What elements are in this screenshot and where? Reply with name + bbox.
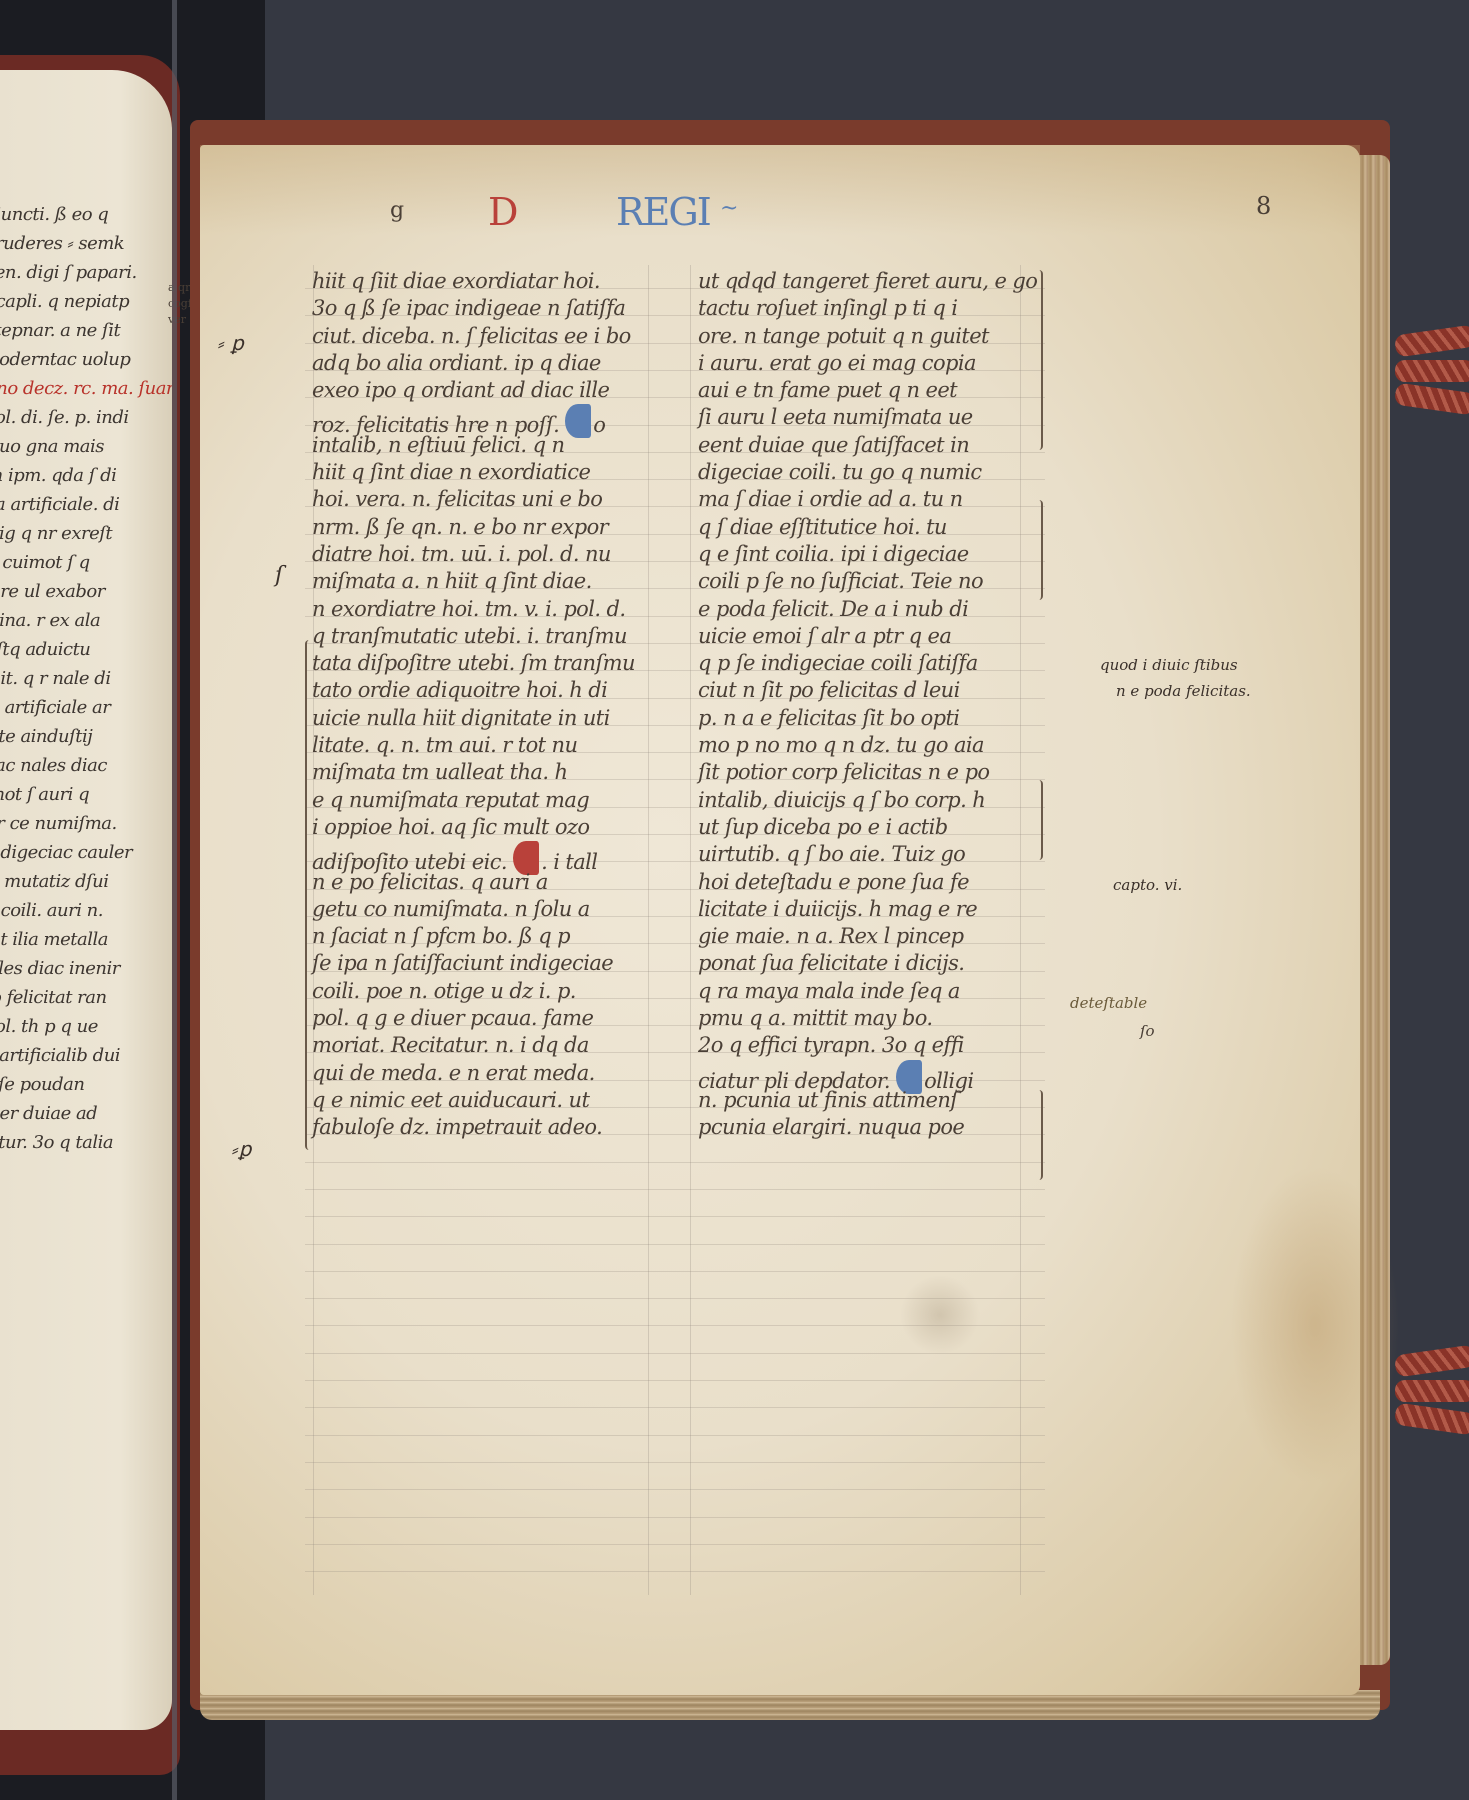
header-tail: ~ xyxy=(720,196,738,221)
left-text-line: r. artificiale ar xyxy=(0,693,170,722)
left-text-line: igre ul exabor xyxy=(0,577,170,606)
left-text-line: duo gna mais xyxy=(0,432,170,461)
left-text-line: o capli. q nepiatp xyxy=(0,287,170,316)
left-text-line: pol. di. ſe. p. indi xyxy=(0,403,170,432)
left-text-line: nartificialib dui xyxy=(0,1041,170,1070)
header-blue-word: REGI xyxy=(616,190,710,234)
chapter-note: capto. vi. xyxy=(1113,874,1182,896)
text-line: ciut n ſit po felicitas d leui xyxy=(698,677,1038,704)
text-line: adiſpoſito utebi eic. . i tall xyxy=(312,841,652,868)
text-line: gie maie. n a. Rex l pincep xyxy=(698,923,1038,950)
braided-tie xyxy=(1395,360,1469,382)
marginal-mark: ⸗ꝑ xyxy=(232,1138,251,1160)
text-line: roz. felicitatis hre n poſſ. o xyxy=(312,404,652,431)
text-line: eent duiae que ſatiſfacet in xyxy=(698,432,1038,459)
ruling-line xyxy=(305,1407,1045,1408)
left-text-line: indigeciac cauler xyxy=(0,838,170,867)
ruling-line xyxy=(305,1462,1045,1463)
left-text-line: otepnar. a ne ſit xyxy=(0,316,170,345)
decorated-initial xyxy=(565,404,591,438)
ruling-line xyxy=(305,1489,1045,1490)
text-line: uicie nulla hiit dignitate in uti xyxy=(312,705,652,732)
text-column-left: hiit q ſiit diae exordiatar hoi.3o q ß ſ… xyxy=(312,268,652,1142)
text-line: tato ordie adiquoitre hoi. h di xyxy=(312,677,652,704)
text-line: uicie emoi ſ alr a ptr q ea xyxy=(698,623,1038,650)
marginal-gloss: ſo xyxy=(1140,1020,1155,1042)
text-line: e poda felicit. De a i nub di xyxy=(698,596,1038,623)
left-text-line: pruderes ⸗ semk xyxy=(0,229,170,258)
text-line: miſmata tm ualleat tha. h xyxy=(312,759,652,786)
text-line: tactu roſuet inſingl p ti q i xyxy=(698,295,1038,322)
ruling-line xyxy=(305,1380,1045,1381)
ruling-line xyxy=(305,1435,1045,1436)
text-line: aui e tn fame puet q n eet xyxy=(698,377,1038,404)
hole-mark xyxy=(900,1275,980,1355)
text-line: ut qdqd tangeret fieret auru, e go xyxy=(698,268,1038,295)
text-column-right: ut qdqd tangeret fieret auru, e gotactu … xyxy=(698,268,1038,1142)
text-line: miſmata a. n hiit q ſint diae. xyxy=(312,568,652,595)
text-line: intalib, diuicijs q ſ bo corp. h xyxy=(698,787,1038,814)
header-mark: g xyxy=(390,198,404,223)
text-line: litate. q. n. tm aui. r tot nu xyxy=(312,732,652,759)
text-line: getu co numiſmata. n ſolu a xyxy=(312,896,652,923)
margin-bracket xyxy=(1035,500,1043,600)
left-text-line: ales diac inenir xyxy=(0,954,170,983)
text-line: uirtutib. q ſ bo aie. Tuiz go xyxy=(698,841,1038,868)
margin-bracket xyxy=(305,640,313,1150)
margin-bracket xyxy=(1035,1090,1043,1180)
text-line: q tranſmutatic utebi. i. tranſmu xyxy=(312,623,652,650)
left-text-line: uiit. q r nale di xyxy=(0,664,170,693)
left-page-fragment: e iuncti. ß eo qpruderes ⸗ semkten. digi… xyxy=(0,70,172,1730)
glass-plate-edge xyxy=(172,0,177,1800)
left-text-line: dig q nr exreſt xyxy=(0,519,170,548)
text-line: adq bo alia ordiant. ip q diae xyxy=(312,350,652,377)
text-line: mo p no mo q n dz. tu go aia xyxy=(698,732,1038,759)
marginal-gloss: deteſtable xyxy=(1070,992,1147,1014)
left-text-line: q no decz. rc. ma. ſuam xyxy=(0,374,170,403)
text-line: diatre hoi. tm. uū. i. pol. d. nu xyxy=(312,541,652,568)
left-text-line: it. cuimot ſ q xyxy=(0,548,170,577)
left-text-line: atur. 3o q talia xyxy=(0,1128,170,1157)
ruling-line xyxy=(305,1298,1045,1299)
text-line: tata diſpoſitre utebi. ſm tranſmu xyxy=(312,650,652,677)
text-line: coili p ſe no ſuſficiat. Teie no xyxy=(698,568,1038,595)
text-line: hiit q ſiit diae exordiatar hoi. xyxy=(312,268,652,295)
text-line: i oppioe hoi. aq ſic mult ozo xyxy=(312,814,652,841)
text-line: qui de meda. e n erat meda. xyxy=(312,1060,652,1087)
text-line: 3o q ß ſe ipac indigeae n ſatiſfa xyxy=(312,295,652,322)
left-text-line: uina. r ex ala xyxy=(0,606,170,635)
left-text-line: e iuncti. ß eo q xyxy=(0,200,170,229)
ruling-line xyxy=(305,1571,1045,1572)
text-line: pmu q a. mittit may bo. xyxy=(698,1005,1038,1032)
water-stain xyxy=(1230,1165,1400,1485)
left-text-line: mot ſ auri q xyxy=(0,780,170,809)
text-line: licitate i duiicijs. h mag e re xyxy=(698,896,1038,923)
text-line: 2o q effici tyrapn. 3o q effi xyxy=(698,1032,1038,1059)
ruling-line xyxy=(305,1353,1045,1354)
left-text-line: int ilia metalla xyxy=(0,925,170,954)
text-line: ſit potior corp felicitas n e po xyxy=(698,759,1038,786)
text-line: ma ſ diae i ordie ad a. tu n xyxy=(698,486,1038,513)
left-text-line: po felicitat ran xyxy=(0,983,170,1012)
column-rule xyxy=(690,265,691,1595)
left-text-line: ie coili. auri n. xyxy=(0,896,170,925)
text-line: q e ſint coilia. ipi i digeciae xyxy=(698,541,1038,568)
marginal-mark: ⸗ ꝑ xyxy=(218,332,244,354)
margin-bracket xyxy=(1035,780,1043,860)
header-red-letter: D xyxy=(488,190,518,234)
text-line: pcunia elargiri. nuqua poe xyxy=(698,1114,1038,1141)
ruling-line xyxy=(305,1189,1045,1190)
left-text-line: 9 mutatiz dſui xyxy=(0,867,170,896)
ruling-line xyxy=(305,1271,1045,1272)
text-line: p. n a e felicitas ſit bo opti xyxy=(698,705,1038,732)
top-edge-soiling xyxy=(200,145,1360,235)
left-text-line: pol. th p q ue xyxy=(0,1012,170,1041)
text-line: ore. n tange potuit q n guitet xyxy=(698,323,1038,350)
text-line: i auru. erat go ei mag copia xyxy=(698,350,1038,377)
marginal-gloss: n e poda felicitas. xyxy=(1116,680,1251,702)
text-line: ſi auru l eeta numiſmata ue xyxy=(698,404,1038,431)
text-line: n exordiatre hoi. tm. v. i. pol. d. xyxy=(312,596,652,623)
ruling-line xyxy=(305,1544,1045,1545)
text-line: coili. poe n. otige u dz i. p. xyxy=(312,978,652,1005)
left-text-line: hac nales diac xyxy=(0,751,170,780)
text-line: hiit q ſint diae n exordiatice xyxy=(312,459,652,486)
text-line: ponat ſua felicitate i dicijs. xyxy=(698,950,1038,977)
left-page-text: e iuncti. ß eo qpruderes ⸗ semkten. digi… xyxy=(0,200,170,1157)
text-line: digeciae coili. tu go q numic xyxy=(698,459,1038,486)
margin-bracket xyxy=(1035,270,1043,450)
text-line: fabuloſe dz. impetrauit adeo. xyxy=(312,1114,652,1141)
left-text-line: ten. digi ſ papari. xyxy=(0,258,170,287)
text-line: e q numiſmata reputat mag xyxy=(312,787,652,814)
text-line: exeo ipo q ordiant ad diac ille xyxy=(312,377,652,404)
text-line: ciatur pli depdator. olligi xyxy=(698,1060,1038,1087)
left-text-line: arte ainduſtij xyxy=(0,722,170,751)
text-line: moriat. Recitatur. n. i dq da xyxy=(312,1032,652,1059)
text-line: n e po felicitas. q auri a xyxy=(312,869,652,896)
ruling-line xyxy=(305,1162,1045,1163)
text-line: hoi. vera. n. felicitas uni e bo xyxy=(312,486,652,513)
marginal-mark: ſ xyxy=(275,565,283,587)
text-line: pol. q g e diuer pcaua. fame xyxy=(312,1005,652,1032)
left-text-line: q ſtq aduictu xyxy=(0,635,170,664)
ruling-line xyxy=(305,1244,1045,1245)
text-line: ut ſup diceba po e i actib xyxy=(698,814,1038,841)
text-line: n ſaciat n ſ pfcm bo. ß q p xyxy=(312,923,652,950)
left-text-line: aler duiae ad xyxy=(0,1099,170,1128)
text-line: nrm. ß ſe qn. n. e bo nr expor xyxy=(312,514,652,541)
folio-number: 8 xyxy=(1256,192,1271,220)
text-line: ciut. diceba. n. ſ felicitas ee i bo xyxy=(312,323,652,350)
left-text-line: da artificiale. di xyxy=(0,490,170,519)
left-text-line: dir ce numiſma. xyxy=(0,809,170,838)
marginal-gloss: quod i diuic ſtibus xyxy=(1100,654,1238,676)
ruling-line xyxy=(305,1325,1045,1326)
text-line: q ra maya mala inde ſeq a xyxy=(698,978,1038,1005)
text-line: q p ſe indigeciae coili ſatiſfa xyxy=(698,650,1038,677)
text-line: ſe ipa n ſatiſfaciunt indigeciae xyxy=(312,950,652,977)
left-text-line: ſm ipm. qda ſ di xyxy=(0,461,170,490)
text-line: q ſ diae eſſtitutice hoi. tu xyxy=(698,514,1038,541)
ruling-line xyxy=(305,1517,1045,1518)
text-line: q e nimic eet auiducauri. ut xyxy=(312,1087,652,1114)
left-text-line: noderntac uolup xyxy=(0,345,170,374)
text-line: n. pcunia ut finis attimenſ xyxy=(698,1087,1038,1114)
text-line: hoi deteſtadu e pone ſua fe xyxy=(698,869,1038,896)
left-text-line: ſt ſe poudan xyxy=(0,1070,170,1099)
ruling-line xyxy=(305,1216,1045,1217)
braided-tie xyxy=(1395,1380,1469,1402)
